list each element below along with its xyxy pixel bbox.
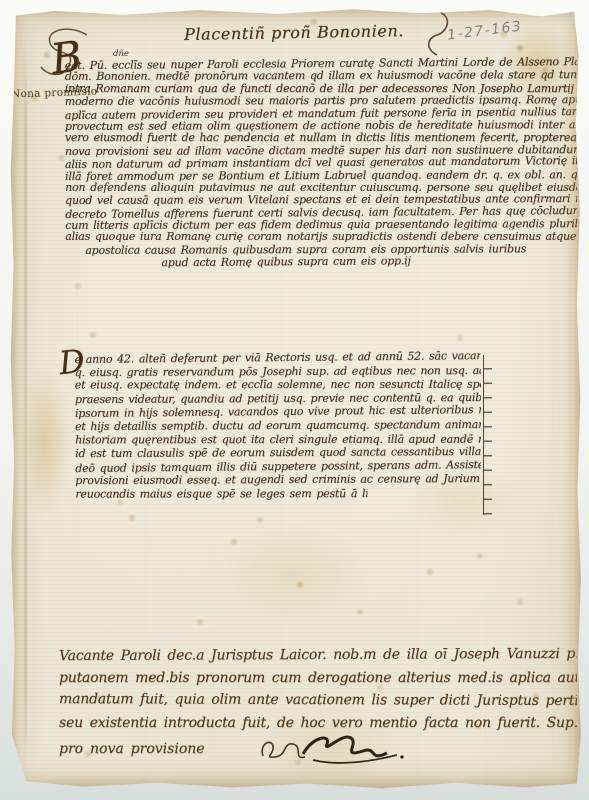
stain — [19, 367, 71, 517]
text-block-3: Vacante Paroli dec.a Jurisptus Laicor. n… — [59, 647, 577, 737]
closing-text: pro nova provisione — [59, 741, 205, 757]
handwritten-line: mandatum fuit, quia olim ante vacationem… — [59, 691, 577, 715]
signature-flourish — [257, 730, 407, 774]
text-block-2: e anno 42. alteñ deferunt per viā Rector… — [75, 350, 482, 502]
text-block-1: eat. Pū. ecclīs seu nuper Paroli ecclesi… — [65, 56, 578, 268]
manuscript-page: 1-27-163 Placentiñ proñ Bononien. Nona p… — [9, 7, 582, 789]
document-title: Placentiñ proñ Bononien. — [169, 21, 419, 44]
handwritten-line: Vacante Paroli dec.a Jurisptus Laicor. n… — [59, 646, 577, 671]
handwritten-line: et eiusq. expectatę indem. et ecclīa sol… — [75, 378, 481, 392]
handwritten-line: intra Romanam curiam qua de functi decan… — [65, 82, 577, 94]
stain — [219, 527, 369, 623]
handwritten-line: non defendens alioquin putavimus ne aut … — [65, 181, 577, 193]
handwritten-line: historiam quęrentibus est quot ita cleri… — [75, 432, 481, 446]
handwritten-line: et hijs detaillis semptib. ductu ad eoru… — [75, 418, 481, 434]
archival-number-pencil: 1-27-163 — [446, 18, 523, 43]
marginal-bracket-line — [483, 355, 495, 515]
handwritten-line: alias quoque iura Romanę curię coram not… — [65, 230, 577, 242]
handwritten-line: apud acta Romę quibus supra cum eis opp.… — [161, 254, 443, 269]
handwritten-line: putaonem med.bis pronorum cum derogation… — [59, 670, 577, 693]
fold-crease — [24, 47, 27, 777]
handwritten-line: apostolica causa Romanis quibusdam supra… — [85, 242, 536, 256]
handwritten-line: reuocandis maius eisque spē se leges sem… — [75, 487, 367, 501]
scan-background: 1-27-163 Placentiñ proñ Bononien. Nona p… — [0, 0, 589, 800]
closing-line: pro nova provisione — [59, 738, 559, 768]
handwritten-line: vero eiusmodi fuerit de hac pendencia et… — [65, 131, 577, 143]
